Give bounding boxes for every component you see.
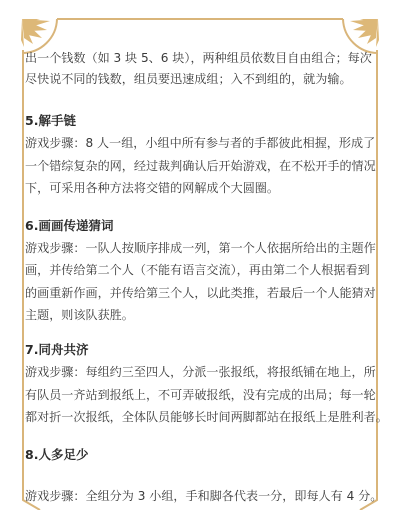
text-line: 的画重新作画，并传给第三个人，以此类推，若最后一个人能猜对 (25, 285, 376, 301)
text-line: 游戏步骤：每组约三至四人，分派一张报纸，将报纸铺在地上，所 (25, 364, 376, 380)
section-heading: 6.画画传递猜词 (25, 218, 113, 234)
corner-ornament-top-right (350, 19, 379, 47)
text-line: 游戏步骤：8 人一组，小组中所有参与者的手都彼此相握，形成了 (25, 135, 375, 151)
text-line: 出一个钱数（如 3 块 5、6 块），两种组员依数目自由组合；每次 (25, 50, 372, 66)
text-line: 画，并传给第二个人（不能有语言交流），再由第二个人根据看到 (25, 262, 370, 278)
text-line: 下，可采用各种方法将交错的网解成个大圆圈。 (25, 180, 279, 196)
text-line: 游戏步骤：一队人按顺序排成一列，第一个人依据所给出的主题作 (25, 240, 376, 256)
section-heading: 5.解手链 (25, 113, 76, 129)
section-heading: 7.同舟共济 (25, 342, 88, 358)
text-line: 有队员一齐站到报纸上，不可弄破报纸，没有完成的出局；每一轮 (25, 387, 376, 403)
text-line: 一个错综复杂的网，经过裁判确认后开始游戏，在不松开手的情况 (25, 158, 376, 174)
corner-ornament-top-left (21, 19, 50, 47)
section-heading: 8.人多足少 (25, 447, 88, 463)
text-line: 尽快说不同的钱数，组员要迅速成组；入不到组的，就为输。 (25, 71, 352, 87)
text-line: 都对折一次报纸，全体队员能够长时间两脚都站在报纸上是胜利者。 (25, 409, 388, 425)
text-line: 游戏步骤：全组分为 3 小组，手和脚各代表一分，即每人有 4 分。 (25, 488, 382, 504)
text-line: 主题，则该队获胜。 (25, 307, 134, 323)
